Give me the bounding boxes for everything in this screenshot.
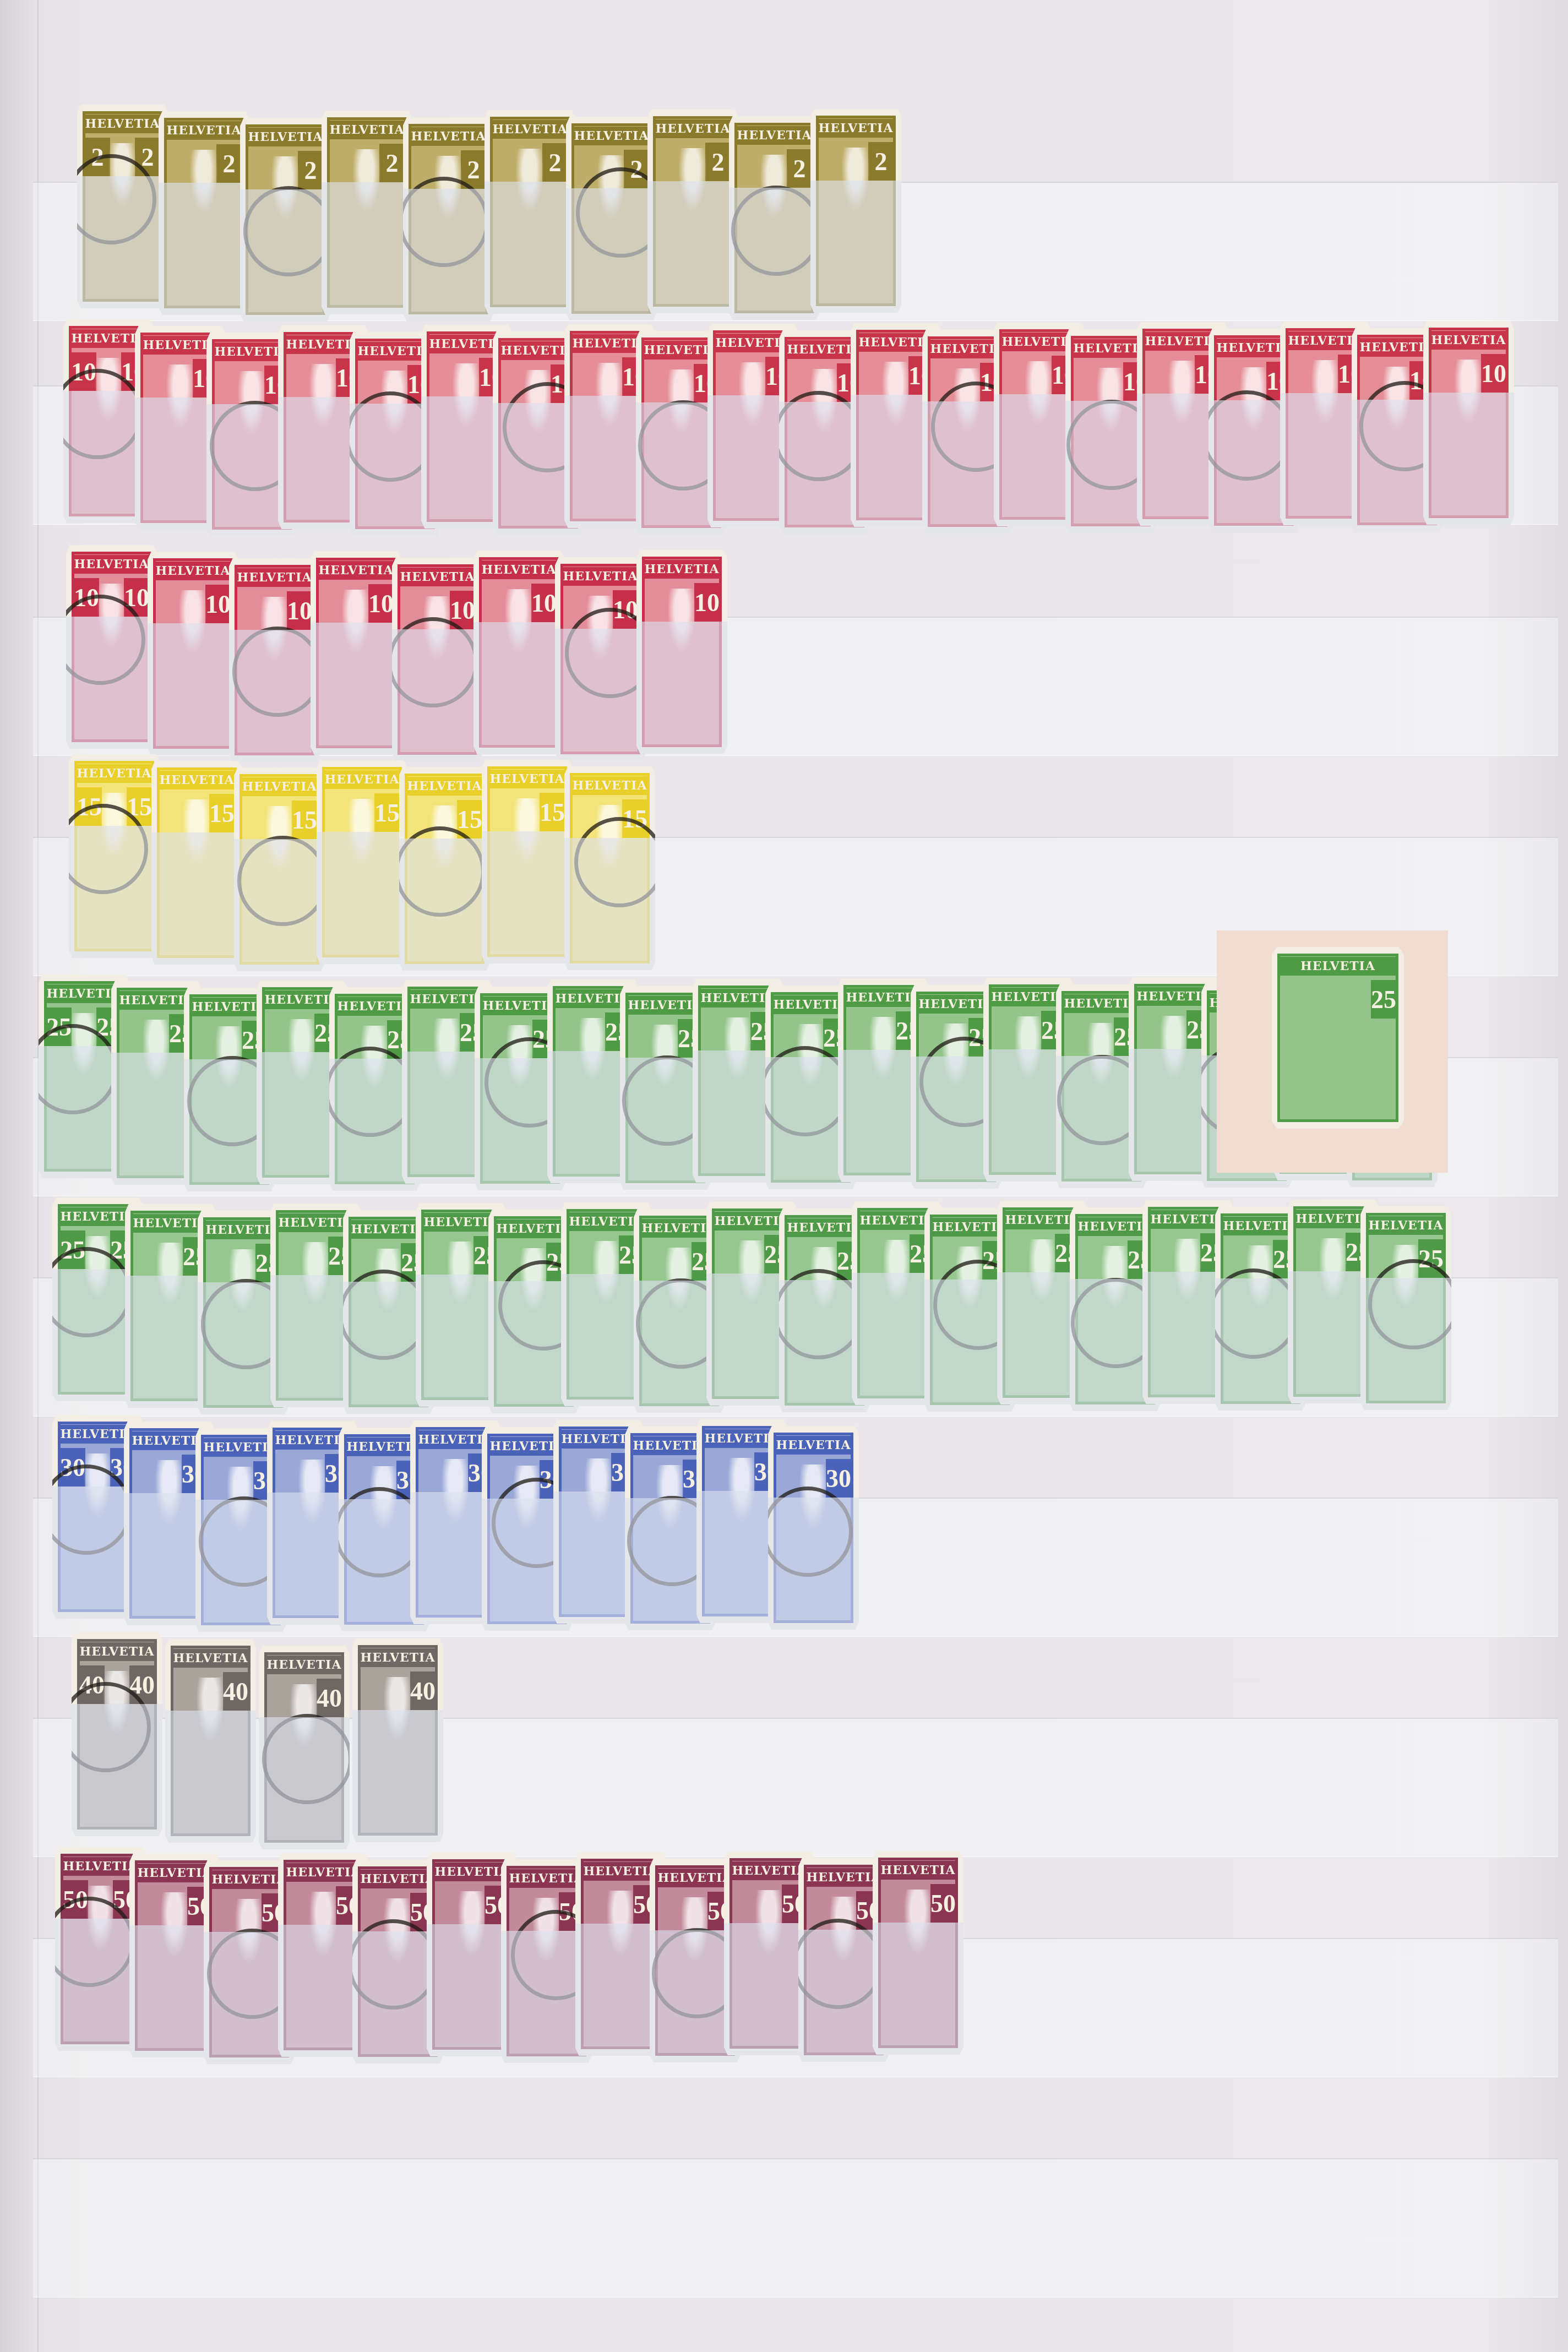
stamp: HELVETIA10 bbox=[636, 550, 727, 754]
stamp-country-label: HELVETIA bbox=[322, 770, 402, 789]
glassine-overlay bbox=[564, 838, 655, 970]
stamp-country-label: HELVETIA bbox=[171, 1649, 251, 1668]
glassine-overlay bbox=[473, 622, 564, 754]
stamp: HELVETIA25 bbox=[1360, 1206, 1451, 1410]
stamp-country-label: HELVETIA bbox=[1277, 957, 1398, 976]
glassine-overlay bbox=[77, 176, 168, 308]
stamp: HELVETIA40 bbox=[165, 1639, 256, 1843]
stamp-country-label: HELVETIA bbox=[571, 127, 651, 145]
stamp: HELVETIA10 bbox=[1423, 321, 1514, 525]
stamp: HELVETIA2 bbox=[322, 111, 412, 314]
stamp-country-label: HELVETIA bbox=[774, 1436, 853, 1455]
stamp-country-label: HELVETIA bbox=[61, 1857, 140, 1876]
stamp-country-label: HELVETIA bbox=[642, 560, 722, 579]
stamp: HELVETIA30 bbox=[768, 1426, 859, 1630]
stamp: HELVETIA10 bbox=[392, 558, 483, 761]
stamp-country-label: HELVETIA bbox=[398, 568, 477, 586]
stamp-country-label: HELVETIA bbox=[816, 119, 896, 138]
stamp: HELVETIA1515 bbox=[69, 754, 160, 958]
stamp: HELVETIA10 bbox=[311, 551, 401, 755]
stamp: HELVETIA2 bbox=[810, 109, 901, 313]
stamp-country-label: HELVETIA bbox=[432, 1863, 512, 1881]
glassine-overlay bbox=[352, 1710, 443, 1842]
stamp-country-label: HELVETIA bbox=[157, 771, 237, 790]
glassine-overlay bbox=[636, 622, 727, 754]
stamp-country-label: HELVETIA bbox=[487, 770, 567, 788]
glassine-overlay bbox=[66, 617, 157, 749]
glassine-overlay bbox=[1360, 1278, 1451, 1410]
stamp-on-piece: HELVETIA25 bbox=[1217, 930, 1448, 1173]
stamp: HELVETIA2 bbox=[240, 118, 331, 322]
glassine-overlay bbox=[165, 1711, 256, 1843]
stamp: HELVETIA10 bbox=[229, 558, 320, 762]
stamp: HELVETIA40 bbox=[352, 1638, 443, 1842]
stamp-country-label: HELVETIA bbox=[239, 777, 319, 796]
stamp-country-label: HELVETIA bbox=[1429, 331, 1509, 350]
stamp: HELVETIA4040 bbox=[72, 1632, 162, 1836]
stamp: HELVETIA15 bbox=[482, 760, 573, 963]
stamp-country-label: HELVETIA bbox=[570, 776, 650, 795]
pocket-strip-empty bbox=[33, 2158, 1558, 2297]
stamp: HELVETIA2 bbox=[159, 111, 249, 315]
stamp: HELVETIA2 bbox=[566, 117, 657, 320]
stamp: HELVETIA15 bbox=[564, 766, 655, 970]
glassine-overlay bbox=[1423, 393, 1514, 525]
stamp-country-label: HELVETIA bbox=[235, 568, 314, 587]
glassine-overlay bbox=[322, 182, 412, 314]
stamp-denomination: 25 bbox=[1371, 980, 1396, 1019]
stamp: HELVETIA1010 bbox=[66, 545, 157, 749]
stamp: HELVETIA15 bbox=[399, 767, 490, 971]
stamp-country-label: HELVETIA bbox=[1366, 1216, 1446, 1235]
stamp-country-label: HELVETIA bbox=[164, 121, 244, 140]
stamp-country-label: HELVETIA bbox=[77, 1642, 157, 1661]
stockbook-page: HELVETIA22HELVETIA2HELVETIA2HELVETIA2HEL… bbox=[0, 0, 1568, 2352]
glassine-overlay bbox=[259, 1717, 350, 1849]
stamp-country-label: HELVETIA bbox=[804, 1868, 884, 1887]
glassine-overlay bbox=[151, 832, 242, 965]
glassine-overlay bbox=[69, 826, 160, 958]
stamp-country-label: HELVETIA bbox=[358, 1870, 438, 1888]
stamp-frame bbox=[1277, 954, 1398, 1122]
stamp-country-label: HELVETIA bbox=[284, 1863, 363, 1882]
stamp-country-label: HELVETIA bbox=[653, 119, 733, 138]
stamp-country-label: HELVETIA bbox=[878, 1861, 958, 1880]
glassine-overlay bbox=[311, 623, 401, 755]
stamp-country-label: HELVETIA bbox=[153, 562, 233, 580]
stamp-country-label: HELVETIA bbox=[409, 127, 488, 146]
glassine-overlay bbox=[482, 831, 573, 963]
glassine-overlay bbox=[159, 183, 249, 315]
stamp: HELVETIA25 bbox=[1272, 947, 1404, 1129]
glassine-overlay bbox=[810, 181, 901, 313]
glassine-overlay bbox=[768, 1498, 859, 1630]
stamp-country-label: HELVETIA bbox=[734, 126, 814, 145]
stamp-country-label: HELVETIA bbox=[135, 1864, 215, 1882]
glassine-overlay bbox=[148, 623, 238, 755]
glassine-overlay bbox=[72, 1704, 162, 1836]
stamp-country-label: HELVETIA bbox=[655, 1869, 735, 1887]
stamp-country-label: HELVETIA bbox=[246, 128, 325, 146]
stamp-country-label: HELVETIA bbox=[358, 1648, 438, 1667]
stamp-country-label: HELVETIA bbox=[209, 1870, 289, 1889]
stamp-country-label: HELVETIA bbox=[74, 764, 154, 783]
stamp: HELVETIA50 bbox=[873, 1851, 963, 2055]
glassine-overlay bbox=[729, 188, 820, 320]
stamp: HELVETIA10 bbox=[473, 551, 564, 754]
stamp: HELVETIA22 bbox=[77, 105, 168, 308]
glassine-overlay bbox=[234, 839, 325, 971]
stamp: HELVETIA2 bbox=[729, 116, 820, 320]
stamp: HELVETIA40 bbox=[259, 1646, 350, 1849]
glassine-overlay bbox=[647, 181, 738, 313]
stamp-country-label: HELVETIA bbox=[327, 121, 407, 139]
stamp-country-label: HELVETIA bbox=[72, 555, 151, 574]
stamp-country-label: HELVETIA bbox=[560, 567, 640, 586]
stamp: HELVETIA15 bbox=[317, 760, 407, 964]
glassine-overlay bbox=[484, 182, 575, 314]
glassine-overlay bbox=[229, 630, 320, 762]
glassine-overlay bbox=[403, 189, 494, 321]
stamp: HELVETIA10 bbox=[555, 557, 646, 761]
stamp: HELVETIA15 bbox=[151, 761, 242, 965]
stamp-country-label: HELVETIA bbox=[581, 1862, 661, 1881]
glassine-overlay bbox=[399, 839, 490, 971]
stamp: HELVETIA10 bbox=[148, 552, 238, 755]
stamp-country-label: HELVETIA bbox=[83, 115, 162, 133]
stamp-country-label: HELVETIA bbox=[507, 1869, 586, 1888]
stamp-country-label: HELVETIA bbox=[405, 777, 484, 796]
stamp-country-label: HELVETIA bbox=[490, 120, 570, 139]
stamp-country-label: HELVETIA bbox=[729, 1861, 809, 1880]
stamp-country-label: HELVETIA bbox=[479, 560, 559, 579]
stamp: HELVETIA15 bbox=[234, 767, 325, 971]
glassine-overlay bbox=[240, 189, 331, 322]
stamp-country-label: HELVETIA bbox=[264, 1656, 344, 1674]
stamp: HELVETIA2 bbox=[403, 117, 494, 321]
glassine-overlay bbox=[392, 629, 483, 761]
stamp: HELVETIA2 bbox=[484, 110, 575, 314]
glassine-overlay bbox=[317, 832, 407, 964]
glassine-overlay bbox=[555, 629, 646, 761]
glassine-overlay bbox=[566, 188, 657, 320]
stamp: HELVETIA2 bbox=[647, 110, 738, 313]
glassine-overlay bbox=[873, 1923, 963, 2055]
stamp-country-label: HELVETIA bbox=[316, 561, 396, 580]
